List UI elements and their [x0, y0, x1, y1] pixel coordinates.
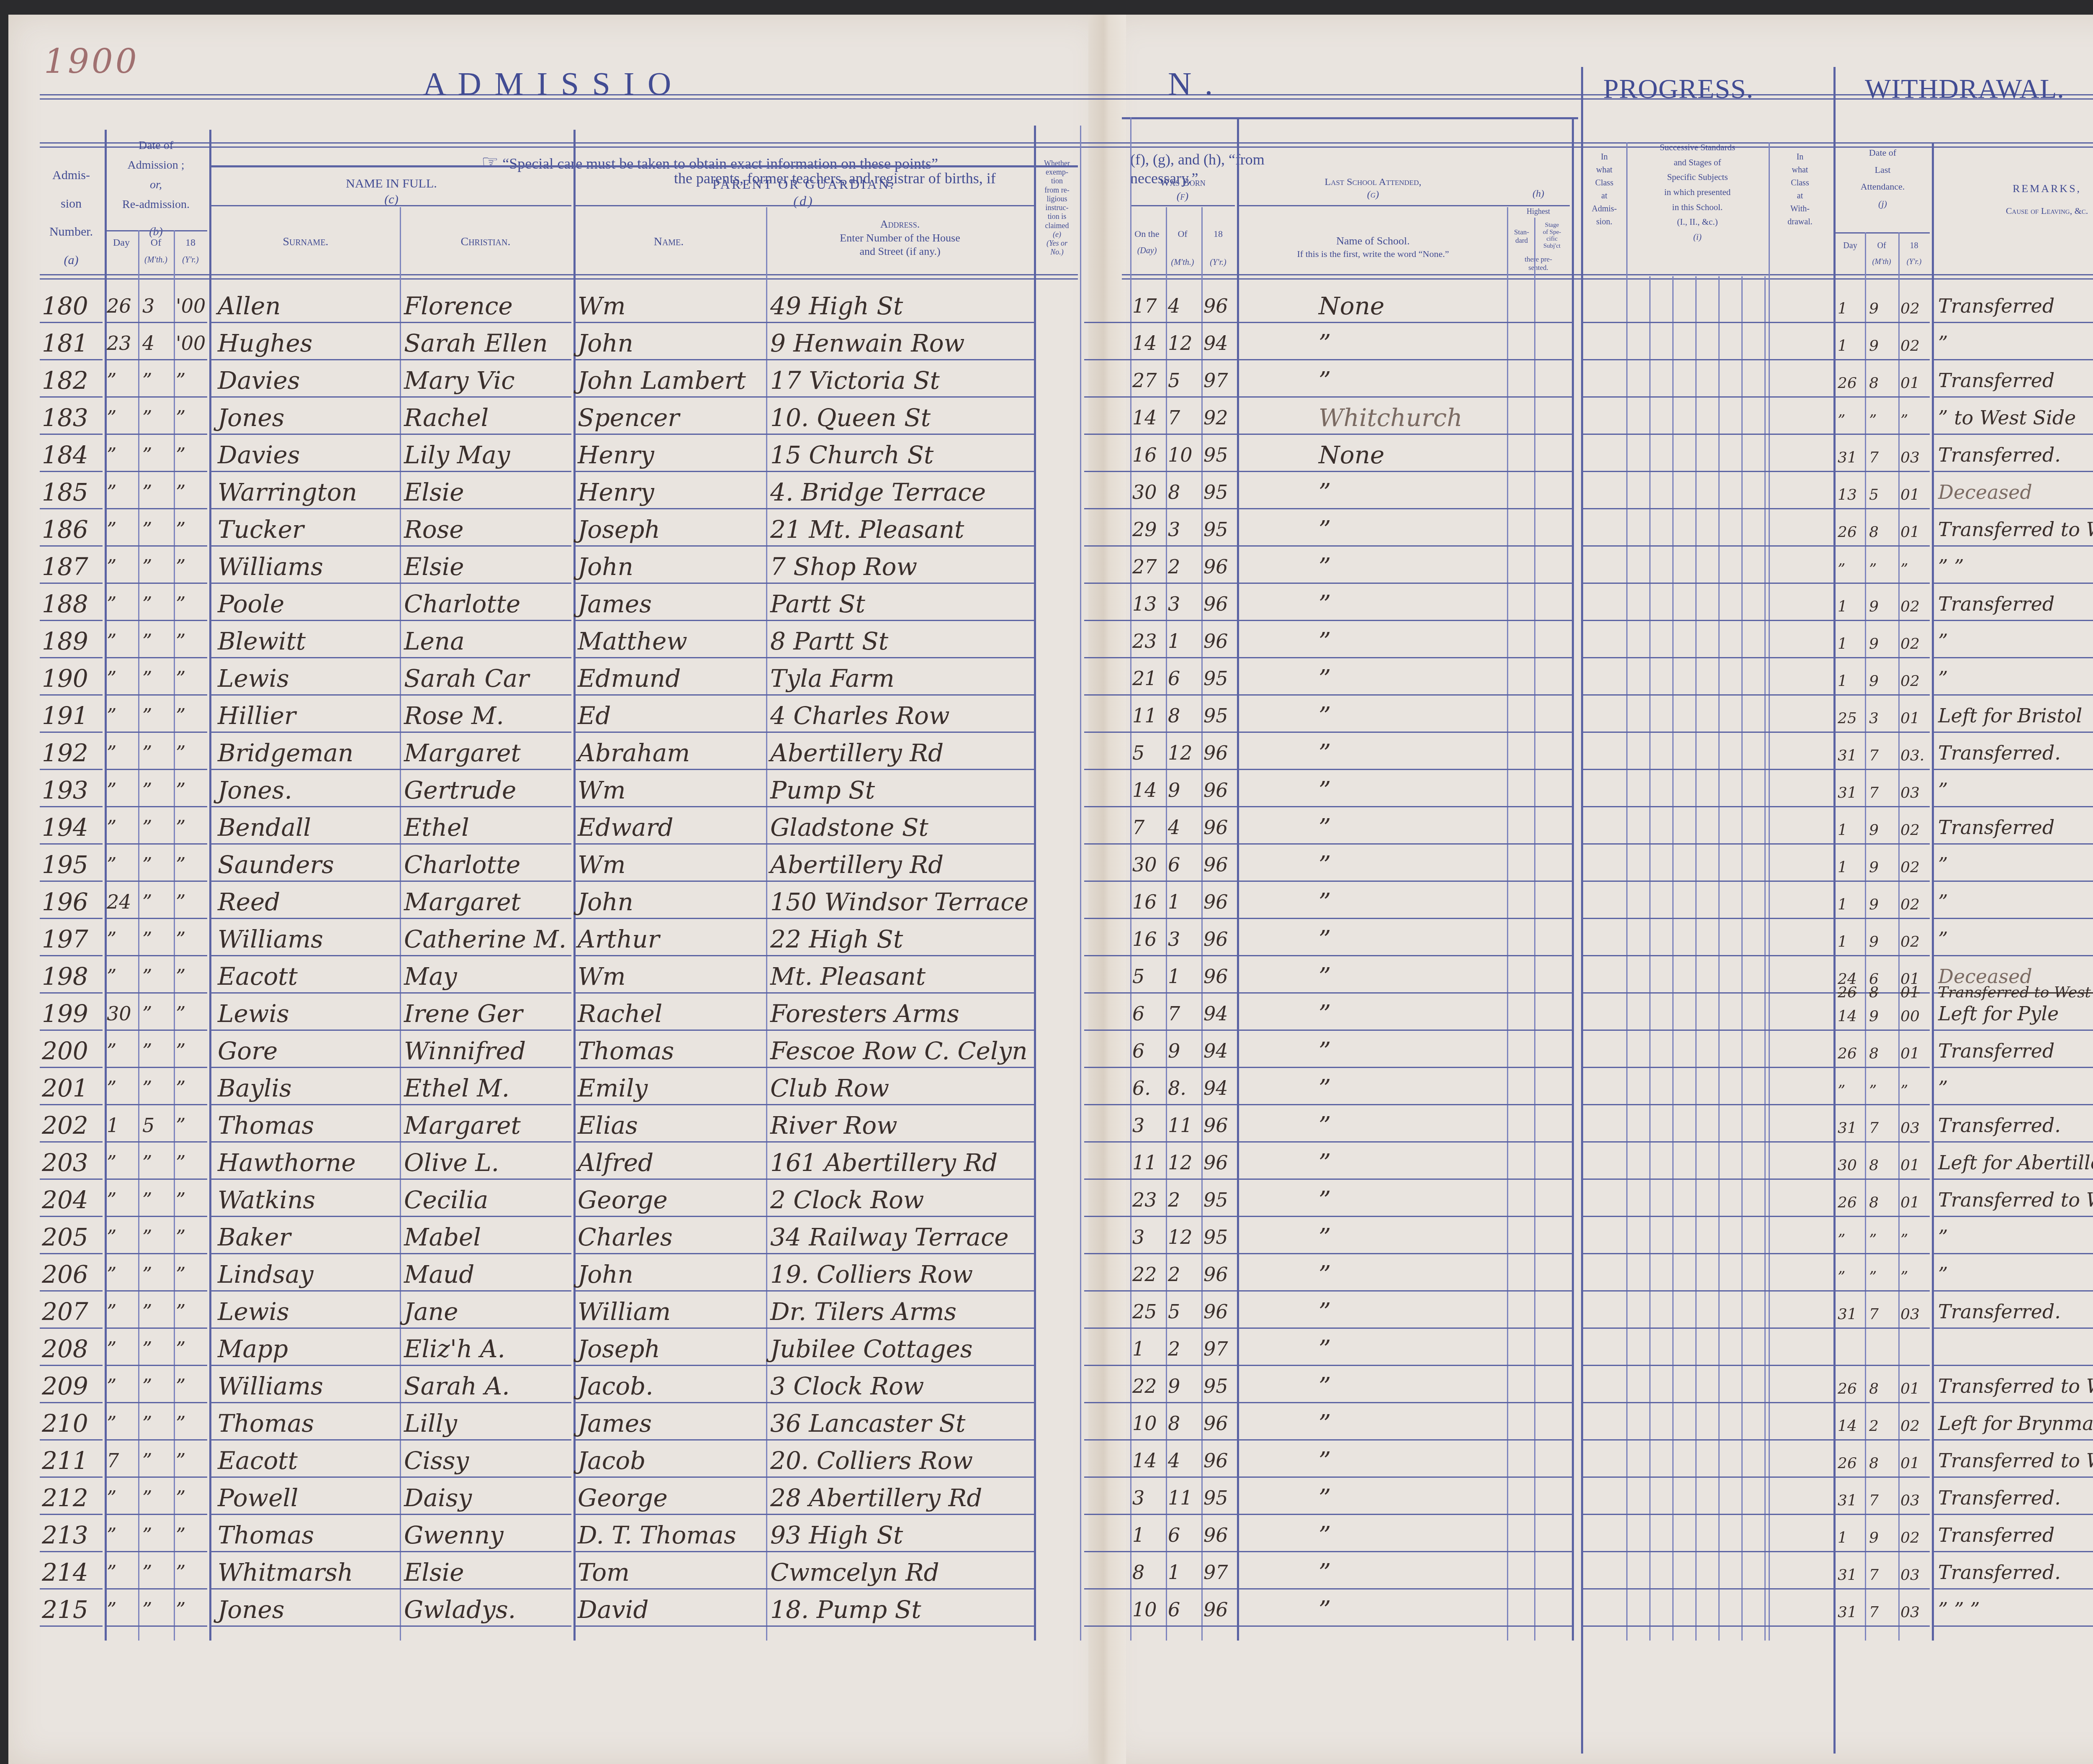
admission-number: 194 — [42, 815, 88, 840]
row-rule — [1582, 881, 1930, 882]
address: Cwmcelyn Rd — [770, 1560, 939, 1584]
admission-day: ” — [107, 669, 117, 688]
last-year: 02 — [1900, 860, 1920, 875]
last-year: 01 — [1900, 525, 1920, 540]
row-rule — [1582, 806, 1930, 807]
christian-name: Eliz'h A. — [404, 1337, 505, 1361]
parent-name: Wm — [578, 852, 626, 877]
address: 28 Abertillery Rd — [770, 1486, 982, 1510]
birth-year: 97 — [1203, 1339, 1228, 1358]
row-rule — [573, 1067, 1034, 1068]
last-day: 1 — [1838, 339, 1847, 354]
rule — [1836, 232, 1930, 234]
row-rule — [40, 620, 103, 621]
surname: Baker — [218, 1225, 291, 1249]
row-rule — [1934, 1365, 2093, 1366]
admission-day: ” — [107, 445, 117, 465]
address: 19. Colliers Row — [770, 1262, 973, 1286]
last-month: ” — [1869, 413, 1877, 428]
birth-day: 3 — [1132, 1116, 1144, 1135]
last-school: ” — [1319, 704, 1331, 728]
row-rule — [1582, 1402, 1930, 1403]
row-rule — [1582, 359, 1930, 360]
row-rule — [40, 471, 103, 472]
remarks: ” — [1938, 1227, 1948, 1247]
column-rule — [1718, 276, 1720, 1641]
row-rule — [105, 322, 207, 323]
last-month: ” — [1869, 562, 1877, 577]
last-school: ” — [1319, 331, 1331, 355]
column-rule — [1626, 142, 1628, 1641]
struck-l-year: 01 — [1900, 985, 1920, 1000]
parent-name: George — [578, 1486, 668, 1510]
last-day: 1 — [1838, 860, 1847, 875]
address: 3 Clock Row — [770, 1374, 924, 1398]
birth-day: 27 — [1132, 371, 1157, 390]
admission-day: ” — [107, 743, 117, 763]
row-rule — [1934, 583, 2093, 584]
row-rule — [573, 359, 1034, 360]
header-adm-month: Of(M'th.) — [138, 236, 174, 265]
row-rule — [211, 434, 571, 435]
admission-month: ” — [142, 1227, 152, 1247]
row-rule — [573, 732, 1034, 733]
birth-year: 96 — [1203, 781, 1228, 800]
last-year: 02 — [1900, 897, 1920, 912]
admission-year: ” — [176, 967, 186, 986]
row-rule — [1122, 1104, 1572, 1105]
row-rule — [1934, 918, 2093, 919]
remarks: Left for Brynmawr — [1938, 1414, 2093, 1433]
surname: Allen — [218, 294, 281, 318]
last-day: 13 — [1838, 488, 1857, 503]
birth-year: 95 — [1203, 1227, 1228, 1247]
row-rule — [1582, 508, 1930, 509]
row-rule — [40, 1253, 103, 1254]
last-year: 02 — [1900, 935, 1920, 950]
birth-month: 9 — [1168, 1376, 1180, 1396]
address: Partt St — [770, 592, 865, 616]
admission-month: ” — [142, 967, 152, 986]
row-rule — [1122, 1625, 1572, 1627]
surname: Williams — [218, 555, 323, 579]
row-rule — [573, 396, 1034, 398]
row-rule — [105, 1253, 207, 1254]
address: 17 Victoria St — [770, 368, 940, 393]
row-rule — [40, 583, 103, 584]
header-bottom-rule-left — [40, 274, 1078, 280]
address: Gladstone St — [770, 815, 928, 840]
last-month: 7 — [1869, 450, 1879, 465]
row-rule — [573, 694, 1034, 696]
title-bottom-rule — [40, 142, 2093, 148]
christian-name: Gwenny — [404, 1523, 504, 1547]
admission-year: ” — [176, 669, 186, 688]
birth-year: 96 — [1203, 930, 1228, 949]
last-school: ” — [1319, 1597, 1331, 1622]
last-month: 7 — [1869, 748, 1879, 763]
birth-year: 94 — [1203, 1078, 1228, 1098]
address: 2 Clock Row — [770, 1188, 924, 1212]
admission-month: ” — [142, 1302, 152, 1321]
admission-day: ” — [107, 967, 117, 986]
birth-month: 12 — [1168, 334, 1193, 353]
last-month: 9 — [1869, 897, 1879, 912]
admission-day: ” — [107, 1525, 117, 1545]
column-rule — [209, 130, 211, 1641]
christian-name: Sarah Ellen — [404, 331, 548, 355]
birth-day: 16 — [1132, 930, 1157, 949]
admission-year: ” — [176, 1265, 186, 1284]
row-rule — [1582, 1141, 1930, 1143]
header-class-at-withdrawal: InwhatClassatWith-drawal. — [1769, 151, 1831, 229]
row-rule — [1582, 1290, 1930, 1292]
admission-day: ” — [107, 1302, 117, 1321]
birth-day: 22 — [1132, 1265, 1157, 1284]
row-rule — [105, 881, 207, 882]
christian-name: Mabel — [404, 1225, 481, 1249]
admission-day: ” — [107, 1265, 117, 1284]
last-school: Whitchurch — [1319, 406, 1463, 430]
last-day: 31 — [1838, 1121, 1857, 1136]
birth-year: 96 — [1203, 818, 1228, 837]
row-rule — [1122, 843, 1572, 845]
admission-number: 210 — [42, 1411, 88, 1435]
row-rule — [573, 1365, 1034, 1366]
row-rule — [573, 1290, 1034, 1292]
admission-year: ” — [176, 483, 186, 502]
birth-day: 25 — [1132, 1302, 1157, 1321]
admission-number: 181 — [42, 331, 88, 355]
admission-number: 198 — [42, 964, 88, 989]
row-rule — [1934, 545, 2093, 547]
row-rule — [211, 806, 571, 807]
row-rule — [1122, 1179, 1572, 1180]
birth-year: 92 — [1203, 408, 1228, 427]
withdrawal-left-border — [1833, 67, 1836, 1754]
row-rule — [1934, 1476, 2093, 1478]
row-rule — [105, 1551, 207, 1552]
address: 8 Partt St — [770, 629, 888, 653]
admission-month: ” — [142, 743, 152, 763]
header-successive-standards: Successive Standardsand Stages ofSpecifi… — [1628, 140, 1766, 245]
row-rule — [1934, 1514, 2093, 1515]
birth-day: 14 — [1132, 408, 1157, 427]
birth-month: 11 — [1168, 1488, 1193, 1507]
birth-month: 4 — [1168, 818, 1180, 837]
admission-month: ” — [142, 1376, 152, 1396]
admission-number: 182 — [42, 368, 88, 393]
header-religious-exemption: Whetherexemp-tionfrom re-ligiousinstruc-… — [1036, 159, 1078, 257]
admission-year: ” — [176, 1227, 186, 1247]
header-born-month: Of(M'th.) — [1166, 228, 1199, 268]
row-rule — [573, 508, 1034, 509]
surname: Bridgeman — [218, 741, 353, 765]
row-rule — [105, 1588, 207, 1589]
last-day: 1 — [1838, 897, 1847, 912]
birth-year: 95 — [1203, 1376, 1228, 1396]
parent-name: John — [578, 331, 633, 355]
admission-day: ” — [107, 408, 117, 427]
birth-month: 12 — [1168, 743, 1193, 763]
address: 7 Shop Row — [770, 555, 917, 579]
address: 18. Pump St — [770, 1597, 921, 1622]
admission-month: ” — [142, 445, 152, 465]
address: 150 Windsor Terrace — [770, 890, 1029, 914]
row-rule — [211, 1551, 571, 1552]
admission-day: ” — [107, 781, 117, 800]
last-school: ” — [1319, 1150, 1331, 1175]
header-h-letter: (h) — [1507, 187, 1570, 200]
birth-year: 95 — [1203, 1488, 1228, 1507]
last-month: 7 — [1869, 1307, 1879, 1322]
row-rule — [1934, 769, 2093, 770]
admission-number: 201 — [42, 1076, 88, 1100]
header-born-year: 18(Y'r.) — [1201, 228, 1235, 268]
address: 4 Charles Row — [770, 704, 950, 728]
birth-month: 3 — [1168, 594, 1180, 614]
surname: Eacott — [218, 1448, 298, 1473]
admission-day: ” — [107, 632, 117, 651]
last-year: 02 — [1900, 823, 1920, 838]
admission-year: ” — [176, 1116, 186, 1135]
admission-day: ” — [107, 855, 117, 874]
christian-name: Margaret — [404, 1113, 521, 1137]
last-month: 9 — [1869, 599, 1879, 614]
surname: Tucker — [218, 517, 304, 542]
birth-month: 10 — [1168, 445, 1193, 465]
last-year: ” — [1900, 562, 1908, 577]
last-school: ” — [1319, 927, 1331, 951]
last-school: ” — [1319, 555, 1331, 579]
column-rule — [1865, 232, 1866, 1641]
remarks: Transferred to West Side — [1938, 1451, 2093, 1470]
row-rule — [1122, 1514, 1572, 1515]
last-year: 02 — [1900, 674, 1920, 689]
address: Jubilee Cottages — [770, 1337, 973, 1361]
admission-number: 204 — [42, 1188, 88, 1212]
address: Club Row — [770, 1076, 889, 1100]
row-rule — [40, 396, 103, 398]
birth-day: 6. — [1132, 1078, 1151, 1098]
row-rule — [1582, 1067, 1930, 1068]
header-standard: Stan-dard — [1507, 228, 1536, 244]
header-born-day: On the(Day) — [1130, 228, 1164, 256]
admission-number: 190 — [42, 666, 88, 691]
birth-day: 23 — [1132, 1190, 1157, 1209]
birth-year: 95 — [1203, 669, 1228, 688]
row-rule — [40, 1476, 103, 1478]
row-rule — [211, 918, 571, 919]
surname: Hawthorne — [218, 1150, 356, 1175]
admission-month: ” — [142, 1041, 152, 1060]
admission-month: ” — [142, 1078, 152, 1098]
birth-day: 7 — [1132, 818, 1144, 837]
last-day: 26 — [1838, 1456, 1857, 1471]
row-rule — [573, 1216, 1034, 1217]
last-month: 7 — [1869, 786, 1879, 801]
row-rule — [211, 1402, 571, 1403]
birth-day: 17 — [1132, 296, 1157, 316]
birth-month: 6 — [1168, 855, 1180, 874]
remarks: ” — [1938, 781, 1948, 800]
column-rule — [1166, 207, 1167, 1641]
remarks: Transferred — [1938, 594, 2054, 614]
row-rule — [573, 1104, 1034, 1105]
last-day: 1 — [1838, 301, 1847, 316]
row-rule — [573, 918, 1034, 919]
last-day: 31 — [1838, 1307, 1857, 1322]
last-year: 02 — [1900, 339, 1920, 354]
row-rule — [573, 1551, 1034, 1552]
birth-year: 94 — [1203, 1004, 1228, 1023]
admission-year: ” — [176, 1078, 186, 1098]
last-year: 02 — [1900, 1530, 1920, 1546]
row-rule — [105, 1216, 207, 1217]
row-rule — [105, 434, 207, 435]
row-rule — [1934, 1030, 2093, 1031]
parent-name: Wm — [578, 778, 626, 802]
row-rule — [211, 1067, 571, 1068]
surname: Warrington — [218, 480, 357, 504]
column-rule — [1649, 276, 1651, 1641]
header-highest-standard: Highest — [1507, 207, 1570, 216]
address: Pump St — [770, 778, 875, 802]
birth-day: 16 — [1132, 892, 1157, 912]
row-rule — [105, 396, 207, 398]
parent-name: Abraham — [578, 741, 690, 765]
row-rule — [1582, 620, 1930, 621]
last-year: 00 — [1900, 1009, 1920, 1024]
row-rule — [573, 1030, 1034, 1031]
last-day: ” — [1838, 1270, 1845, 1285]
row-rule — [105, 583, 207, 584]
last-year: 01 — [1900, 711, 1920, 726]
row-rule — [211, 1514, 571, 1515]
row-rule — [1122, 1402, 1572, 1403]
row-rule — [211, 322, 571, 323]
row-rule — [40, 1290, 103, 1292]
column-rule — [1080, 126, 1081, 1641]
column-rule — [138, 230, 139, 1641]
column-rule — [1672, 276, 1674, 1641]
row-rule — [211, 545, 571, 547]
row-rule — [1934, 1104, 2093, 1105]
header-surname: Surname. — [211, 234, 400, 249]
row-rule — [1122, 508, 1572, 509]
last-day: 1 — [1838, 1530, 1847, 1546]
header-adm-year: 18(Y'r.) — [174, 236, 207, 265]
birth-day: 3 — [1132, 1488, 1144, 1507]
surname: Thomas — [218, 1523, 314, 1547]
birth-month: 6 — [1168, 1600, 1180, 1619]
row-rule — [211, 992, 571, 994]
birth-year: 96 — [1203, 1414, 1228, 1433]
row-rule — [40, 1514, 103, 1515]
birth-day: 14 — [1132, 334, 1157, 353]
surname: Whitmarsh — [218, 1560, 353, 1584]
last-year: 03. — [1900, 748, 1924, 763]
last-school: ” — [1319, 1188, 1331, 1212]
rule — [1122, 117, 1578, 119]
last-school: ” — [1319, 1262, 1331, 1286]
row-rule — [211, 1030, 571, 1031]
birth-year: 95 — [1203, 483, 1228, 502]
remarks: Transferred — [1938, 1525, 2054, 1545]
row-rule — [105, 918, 207, 919]
admission-month: ” — [142, 855, 152, 874]
row-rule — [1934, 1290, 2093, 1292]
row-rule — [40, 1402, 103, 1403]
last-school: ” — [1319, 890, 1331, 914]
row-rule — [40, 843, 103, 845]
surname: Hillier — [218, 704, 296, 728]
admission-month: ” — [142, 632, 152, 651]
admission-year: ” — [176, 1153, 186, 1172]
last-school: ” — [1319, 778, 1331, 802]
remarks: Left for Pyle — [1938, 1004, 2059, 1023]
column-rule — [1932, 142, 1934, 1641]
birth-month: 1 — [1168, 632, 1180, 651]
row-rule — [105, 620, 207, 621]
admission-year: ” — [176, 781, 186, 800]
row-rule — [1934, 1551, 2093, 1552]
rule — [1239, 205, 1570, 206]
birth-year: 96 — [1203, 855, 1228, 874]
row-rule — [40, 1216, 103, 1217]
row-rule — [1582, 1216, 1930, 1217]
admission-year: ” — [176, 1190, 186, 1209]
row-rule — [1582, 322, 1930, 323]
row-rule — [211, 1588, 571, 1589]
row-rule — [211, 657, 571, 658]
notice-right-line1: (f), (g), and (h), “from — [1130, 151, 1265, 168]
last-school: None — [1319, 294, 1384, 318]
column-rule — [1572, 117, 1574, 1641]
header-last-school: Last School Attended,(g) — [1239, 176, 1507, 201]
parent-name: Alfred — [578, 1150, 653, 1175]
birth-month: 3 — [1168, 930, 1180, 949]
birth-year: 95 — [1203, 1190, 1228, 1209]
birth-month: 2 — [1168, 557, 1180, 576]
christian-name: Charlotte — [404, 592, 520, 616]
remarks: ” — [1938, 930, 1948, 949]
row-rule — [1122, 545, 1572, 547]
row-rule — [1934, 359, 2093, 360]
row-rule — [1934, 1179, 2093, 1180]
birth-month: 2 — [1168, 1339, 1180, 1358]
admission-month: ” — [142, 1153, 152, 1172]
admission-month: ” — [142, 1563, 152, 1582]
remarks: ” — [1938, 892, 1948, 912]
surname: Jones. — [218, 778, 292, 802]
row-rule — [1582, 1253, 1930, 1254]
last-year: 03 — [1900, 786, 1920, 801]
parent-name: Joseph — [578, 517, 660, 542]
admission-month: ” — [142, 408, 152, 427]
row-rule — [1122, 1327, 1572, 1329]
admission-number: 206 — [42, 1262, 88, 1286]
admission-month: ” — [142, 520, 152, 539]
christian-name: Cissy — [404, 1448, 469, 1473]
surname: Thomas — [218, 1411, 314, 1435]
remarks: Transferred — [1938, 296, 2054, 316]
last-day: 1 — [1838, 599, 1847, 614]
row-rule — [573, 955, 1034, 956]
admission-month: ” — [142, 1265, 152, 1284]
admission-number: 189 — [42, 629, 88, 653]
row-rule — [1934, 1439, 2093, 1440]
